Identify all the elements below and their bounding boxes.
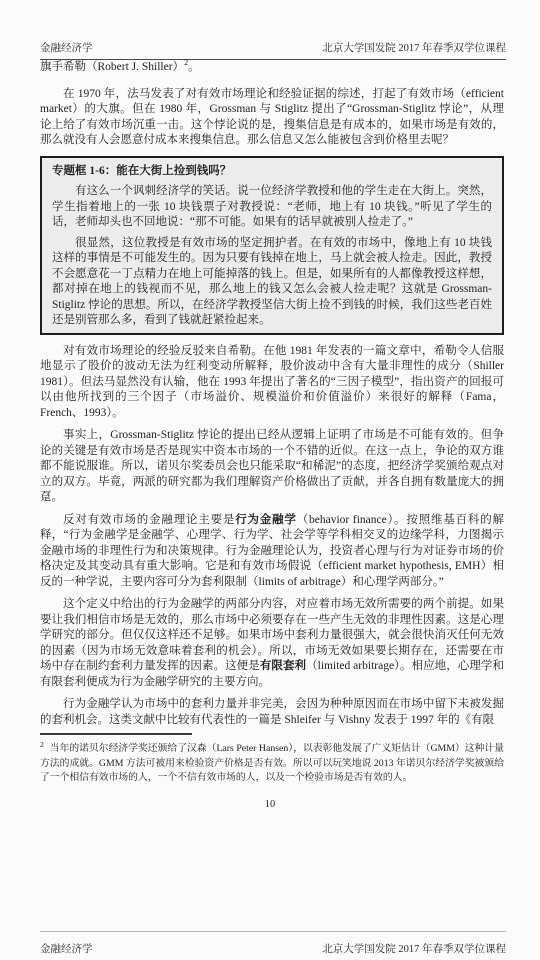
footnote-separator-rule xyxy=(40,733,192,735)
footer-title-left: 金融经济学 xyxy=(40,941,93,956)
page-number: 10 xyxy=(0,799,540,810)
topic-box-title: 专题框 1-6：能在大街上捡到钱吗？ xyxy=(52,164,492,180)
paragraph-shleifer-vishny: 行为金融学认为市场中的套利力量并非完美，会因为种种原因而在市场中留下未被发掘的套… xyxy=(40,697,504,728)
document-page: 金融经济学 北京大学国发院 2017 年春季双学位课程 旗手希勒（Robert … xyxy=(0,0,540,960)
paragraph-limited-arbitrage: 这个定义中给出的行为金融学的两部分内容，对应着市场无效所需要的两个前提。如果要让… xyxy=(40,597,504,690)
behavior-finance-term: 行为金融学 xyxy=(235,514,297,526)
header-course-right: 北京大学国发院 2017 年春季双学位课程 xyxy=(322,40,506,55)
paragraph-shiller-fama: 对有效市场理论的经验反驳来自希勒。在他 1981 年发表的一篇文章中，希勒令人信… xyxy=(40,344,504,422)
paragraph-continuation-shiller: 旗手希勒（Robert J. Shiller）2。 xyxy=(40,60,504,76)
footnote-text: 当年的诺贝尔经济学奖还颁给了汉森（Lars Peter Hansen），以表彰他… xyxy=(40,743,504,783)
topic-box-1-6: 专题框 1-6：能在大街上捡到钱吗？ 有这么一个讽刺经济学的笑话。说一位经济学教… xyxy=(40,156,504,335)
header-title-left: 金融经济学 xyxy=(40,40,93,55)
footnote-marker: 2 xyxy=(40,740,44,749)
paragraph-behavior-finance: 反对有效市场的金融理论主要是行为金融学（behavior finance）。按照… xyxy=(40,513,504,591)
continuation-text: 旗手希勒（Robert J. Shiller） xyxy=(40,61,184,73)
paragraph-nobel-debate: 事实上，Grossman-Stiglitz 悖论的提出已经从逻辑上证明了市场是不… xyxy=(40,428,504,506)
topic-box-paragraph-joke: 有这么一个讽刺经济学的笑话。说一位经济学教授和他的学生走在大街上。突然，学生指着… xyxy=(52,184,492,231)
paragraph-efficient-market: 在 1970 年，法马发表了对有效市场理论和经验证据的综述，打起了有效市场（ef… xyxy=(40,87,504,149)
continuation-period: 。 xyxy=(188,61,200,73)
page-header: 金融经济学 北京大学国发院 2017 年春季双学位课程 xyxy=(40,40,506,60)
footnote-2: 2当年的诺贝尔经济学奖还颁给了汉森（Lars Peter Hansen），以表彰… xyxy=(40,742,504,786)
topic-box-paragraph-explanation: 很显然，这位教授是有效市场的坚定拥护者。在有效的市场中，像地上有 10 块钱这样… xyxy=(52,236,492,329)
page-footer: 金融经济学 北京大学国发院 2017 年春季双学位课程 xyxy=(40,931,506,956)
footer-course-right: 北京大学国发院 2017 年春季双学位课程 xyxy=(322,941,506,956)
footnote-area: 2当年的诺贝尔经济学奖还颁给了汉森（Lars Peter Hansen），以表彰… xyxy=(40,733,504,786)
page-body: 旗手希勒（Robert J. Shiller）2。 在 1970 年，法马发表了… xyxy=(40,60,504,735)
limited-arbitrage-term: 有限套利 xyxy=(260,660,306,672)
behavior-pre-text: 反对有效市场的金融理论主要是 xyxy=(63,514,235,526)
